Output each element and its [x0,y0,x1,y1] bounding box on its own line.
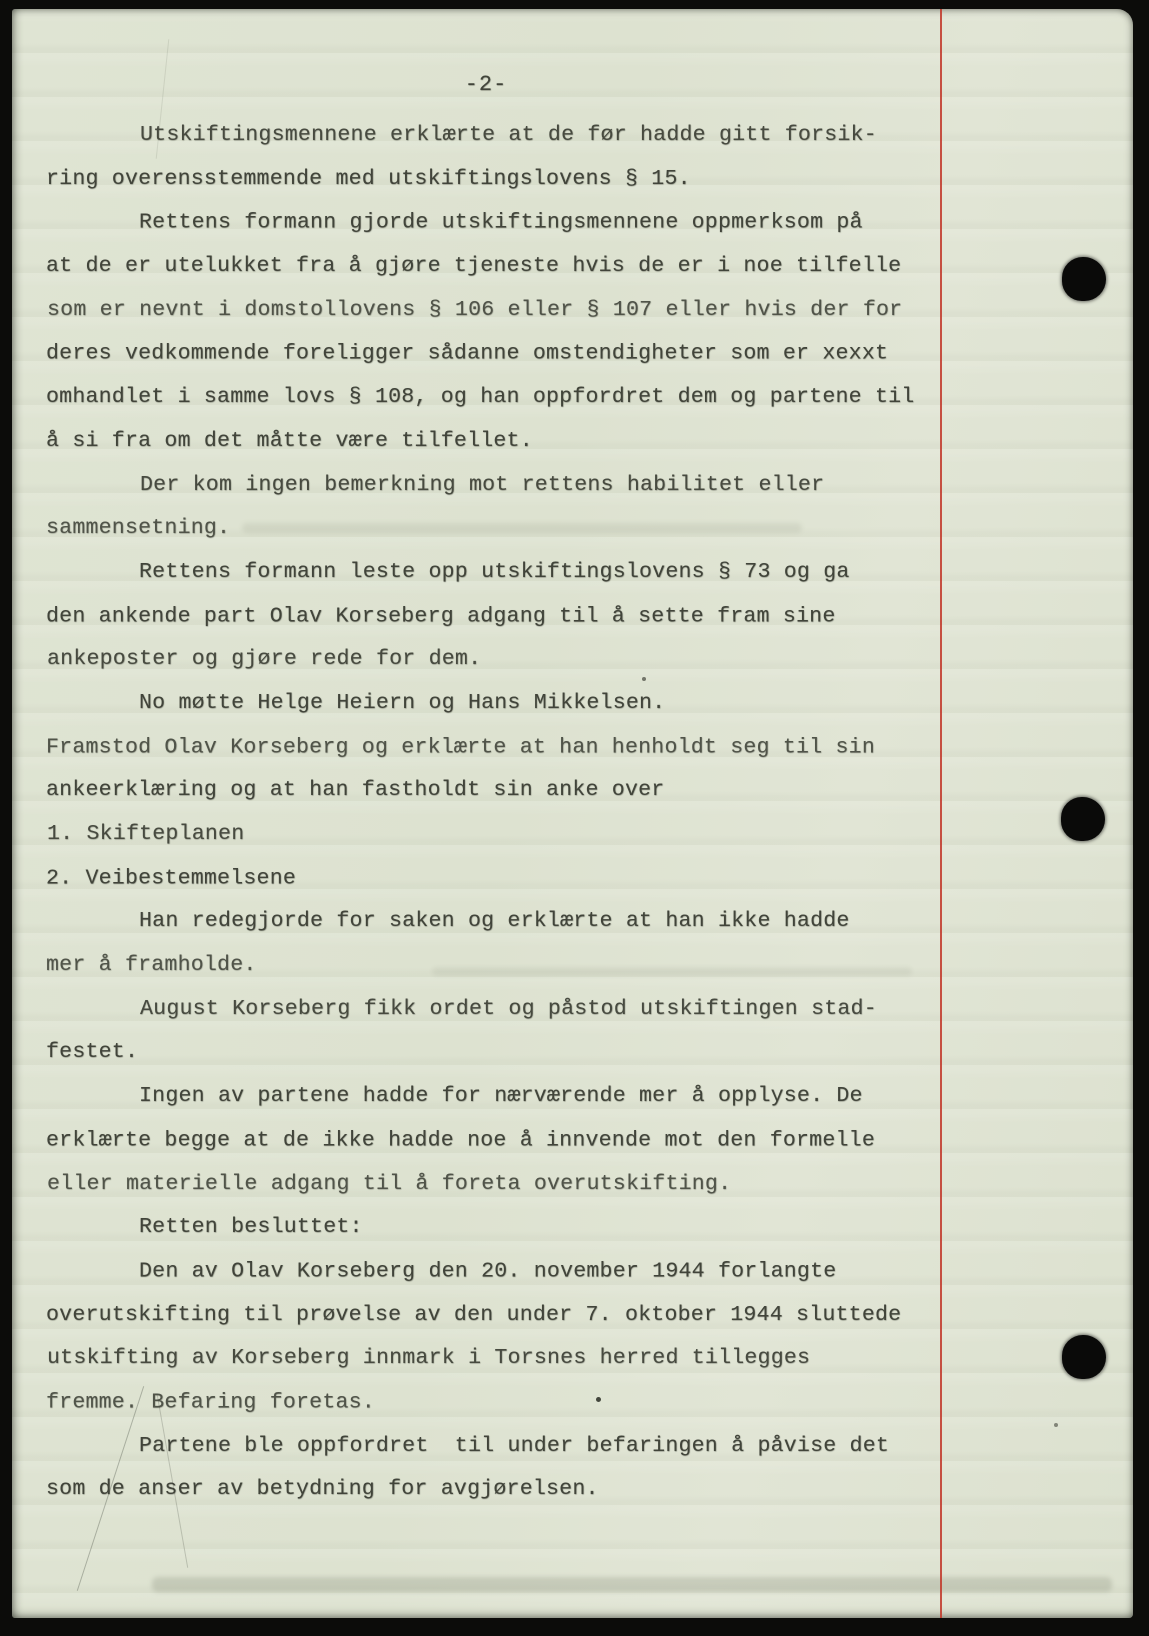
typed-line: overutskifting til prøvelse av den under… [46,1294,948,1338]
typed-line: Ingen av partene hadde for nærværende me… [46,1075,948,1119]
typed-line: Framstod Olav Korseberg og erklærte at h… [46,726,948,770]
page-number: -2- [46,72,926,97]
typed-line: 1. Skifteplanen [47,813,949,857]
typed-line: mer å framholde. [46,944,948,988]
ink-speck [642,677,646,681]
typed-line: No møtte Helge Heiern og Hans Mikkelsen. [46,682,948,726]
typed-line: utskifting av Korseberg innmark i Torsne… [47,1337,949,1381]
typed-line: fremme. Befaring foretas. [46,1382,948,1426]
typed-line: ring overensstemmende med utskiftingslov… [46,158,948,202]
typed-text-block: Utskiftingsmennene erklærte at de før ha… [46,114,948,1512]
typed-line: den ankende part Olav Korseberg adgang t… [46,595,948,639]
typed-line: 2. Veibestemmelsene [46,857,948,901]
typed-line: erklærte begge at de ikke hadde noe å in… [46,1119,948,1163]
typed-line: ankeerklæring og at han fastholdt sin an… [46,769,948,813]
typed-line: Der kom ingen bemerkning mot rettens hab… [47,464,949,508]
scanned-document: -2- Utskiftingsmennene erklærte at de fø… [0,0,1149,1636]
punch-hole [1061,797,1105,841]
punch-hole [1062,257,1106,301]
typed-line: Rettens formann gjorde utskiftingsmennen… [46,202,948,246]
red-margin-line [940,9,942,1618]
paper-sheet: -2- Utskiftingsmennene erklærte at de fø… [12,9,1133,1618]
typed-line: omhandlet i samme lovs § 108, og han opp… [46,376,948,420]
typed-line: Den av Olav Korseberg den 20. november 1… [46,1250,948,1294]
typed-line: deres vedkommende foreligger sådanne oms… [46,333,948,377]
ink-speck [1054,1423,1058,1427]
typed-line: Rettens formann leste opp utskiftingslov… [46,551,948,595]
ink-bleed-through [242,523,802,533]
typed-line: Partene ble oppfordret til under befarin… [46,1425,948,1469]
typed-line: å si fra om det måtte være tilfellet. [46,420,948,464]
ink-speck [596,1397,601,1402]
ink-bleed-through [152,1577,1112,1592]
typed-line: festet. [46,1031,948,1075]
typed-line: som er nevnt i domstollovens § 106 eller… [47,289,949,333]
ink-bleed-through [432,967,912,976]
typed-line: Utskiftingsmennene erklærte at de før ha… [47,114,949,158]
typed-line: at de er utelukket fra å gjøre tjeneste … [46,245,948,289]
typed-line: Han redegjorde for saken og erklærte at … [46,900,948,944]
typed-line: Retten besluttet: [46,1206,948,1250]
typed-line: som de anser av betydning for avgjørelse… [46,1468,948,1512]
punch-hole [1062,1335,1106,1379]
typed-line: ankeposter og gjøre rede for dem. [47,638,949,682]
typed-line: August Korseberg fikk ordet og påstod ut… [47,988,949,1032]
typed-line: eller materielle adgang til å foreta ove… [47,1163,949,1207]
